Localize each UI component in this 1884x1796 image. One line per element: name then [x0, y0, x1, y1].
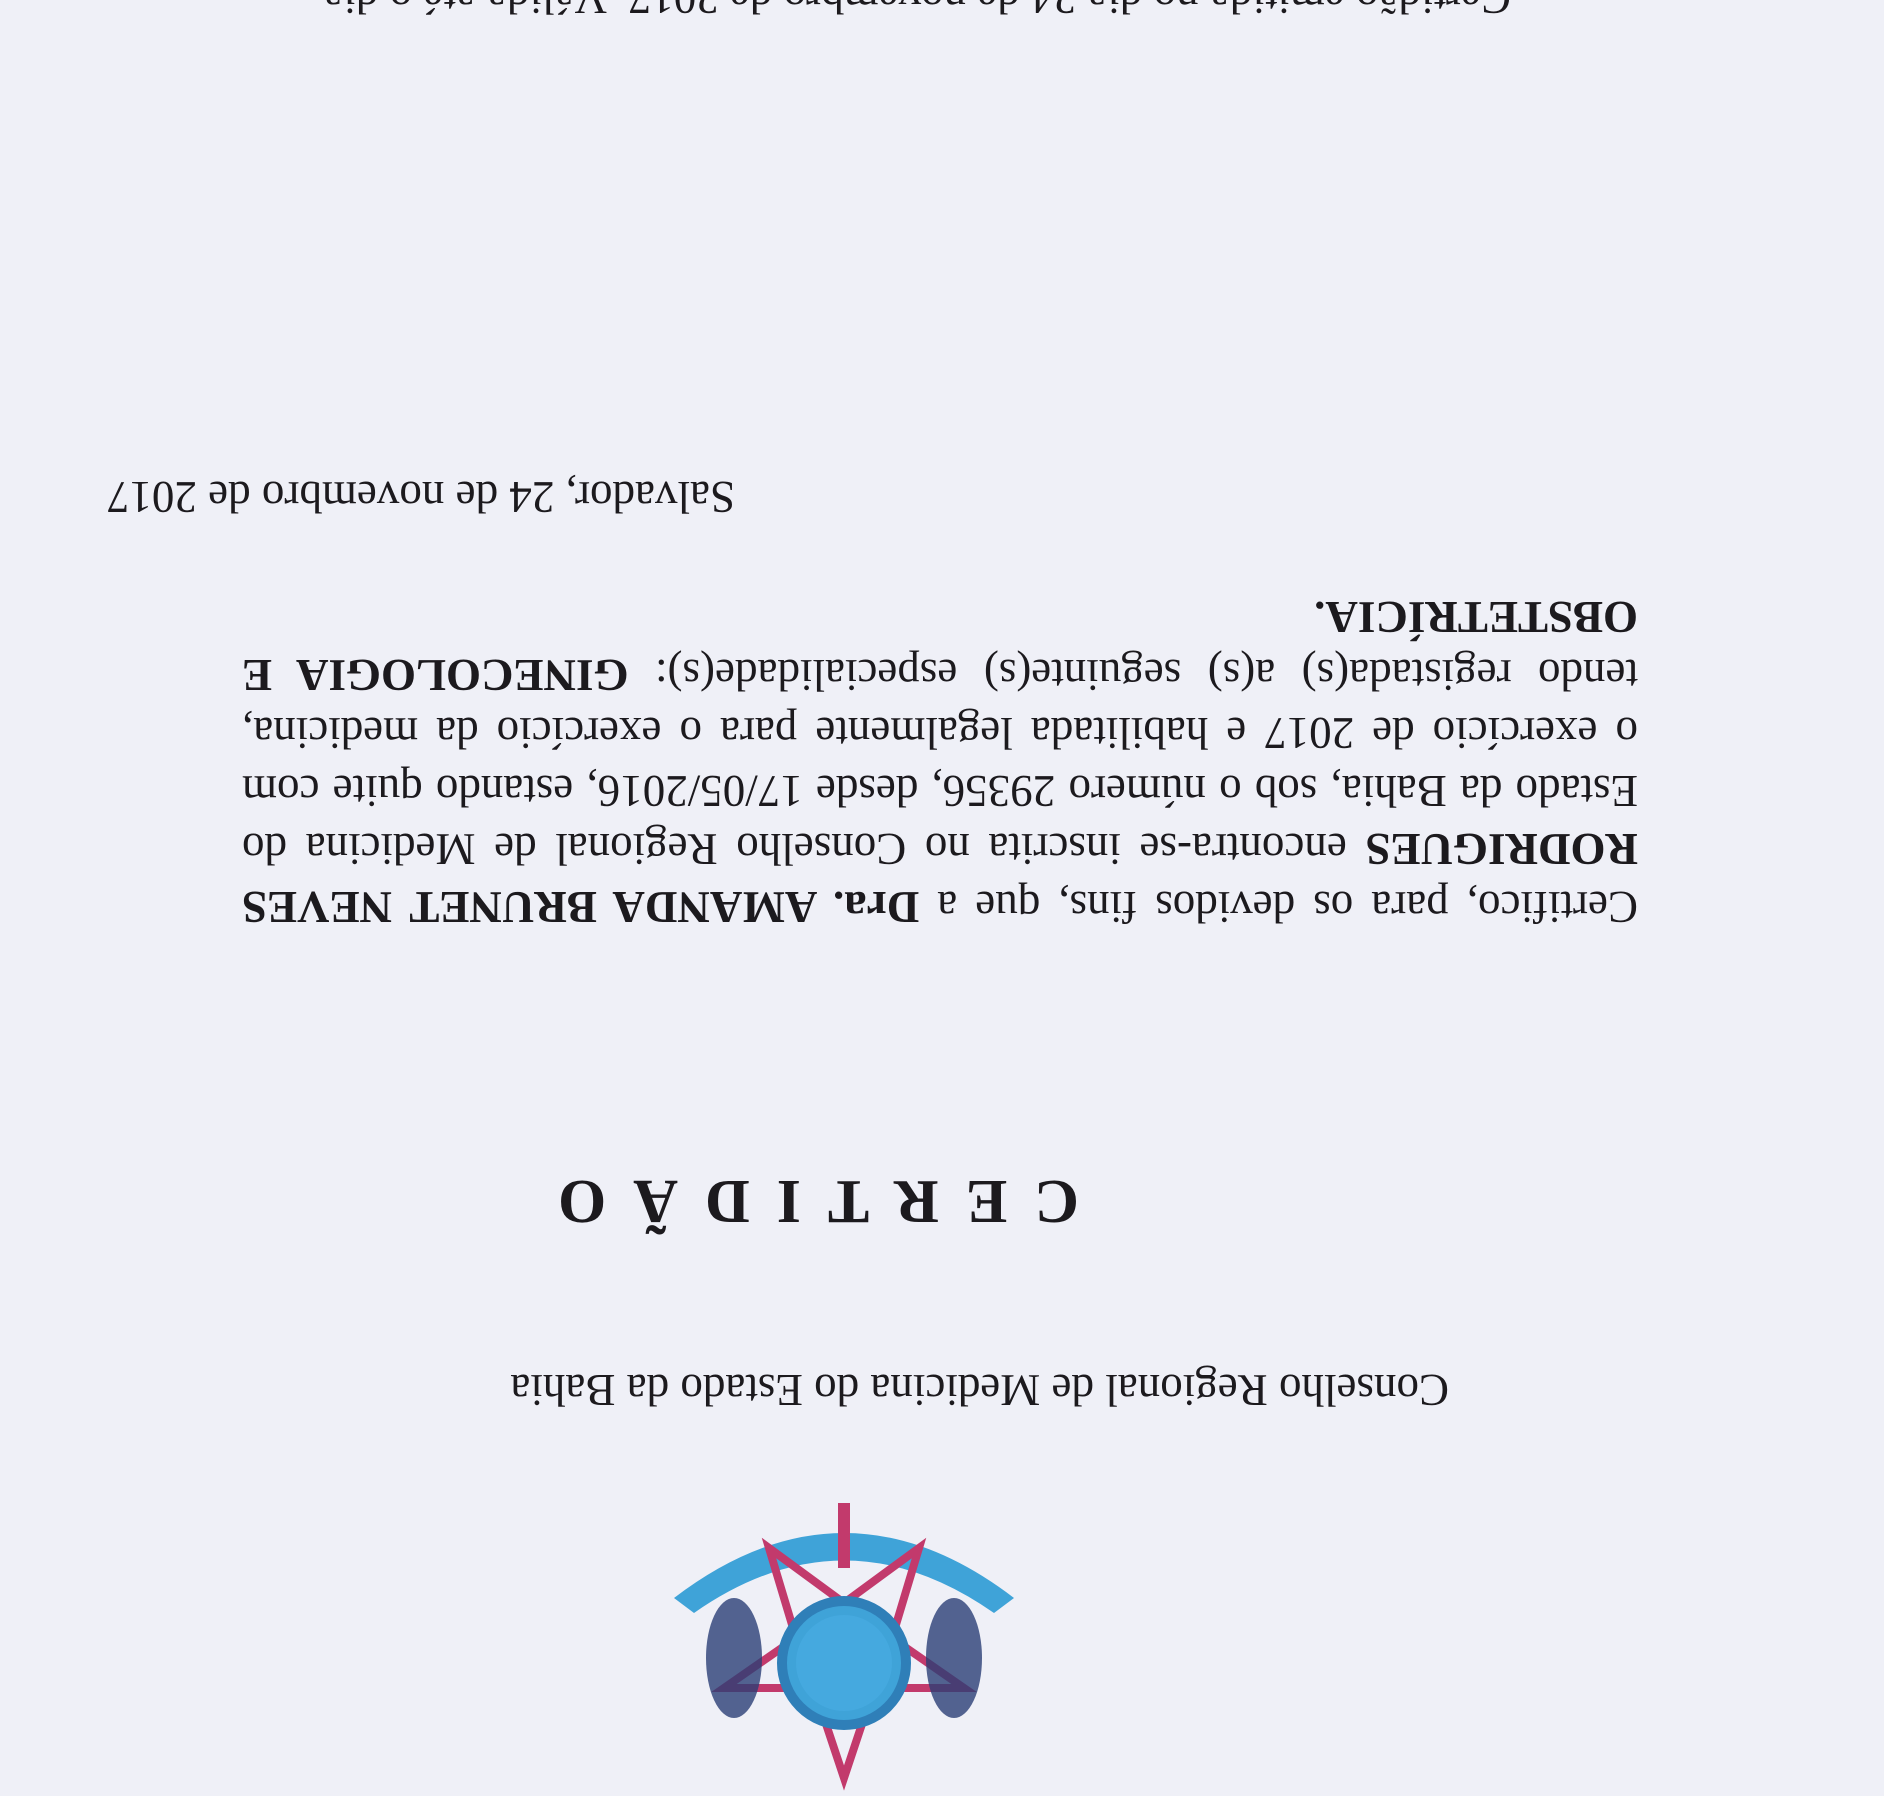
crm-seal-icon — [664, 1498, 1024, 1796]
council-header: Conselho Regional de Medicina do Estado … — [510, 1364, 1449, 1416]
date-line: Salvador, 24 de novembro de 2017 — [107, 471, 735, 523]
footer-validity-text: Certidão emitida no dia 24 de novembro d… — [323, 0, 1511, 24]
document-title: CERTIDÃO — [531, 1165, 1079, 1236]
certificate-page: Conselho Regional de Medicina do Estado … — [0, 0, 1884, 1796]
certificate-body: Certifico, para os devidos fins, que a D… — [242, 588, 1638, 936]
body-intro: Certifico, para os devidos fins, que a — [919, 882, 1638, 932]
